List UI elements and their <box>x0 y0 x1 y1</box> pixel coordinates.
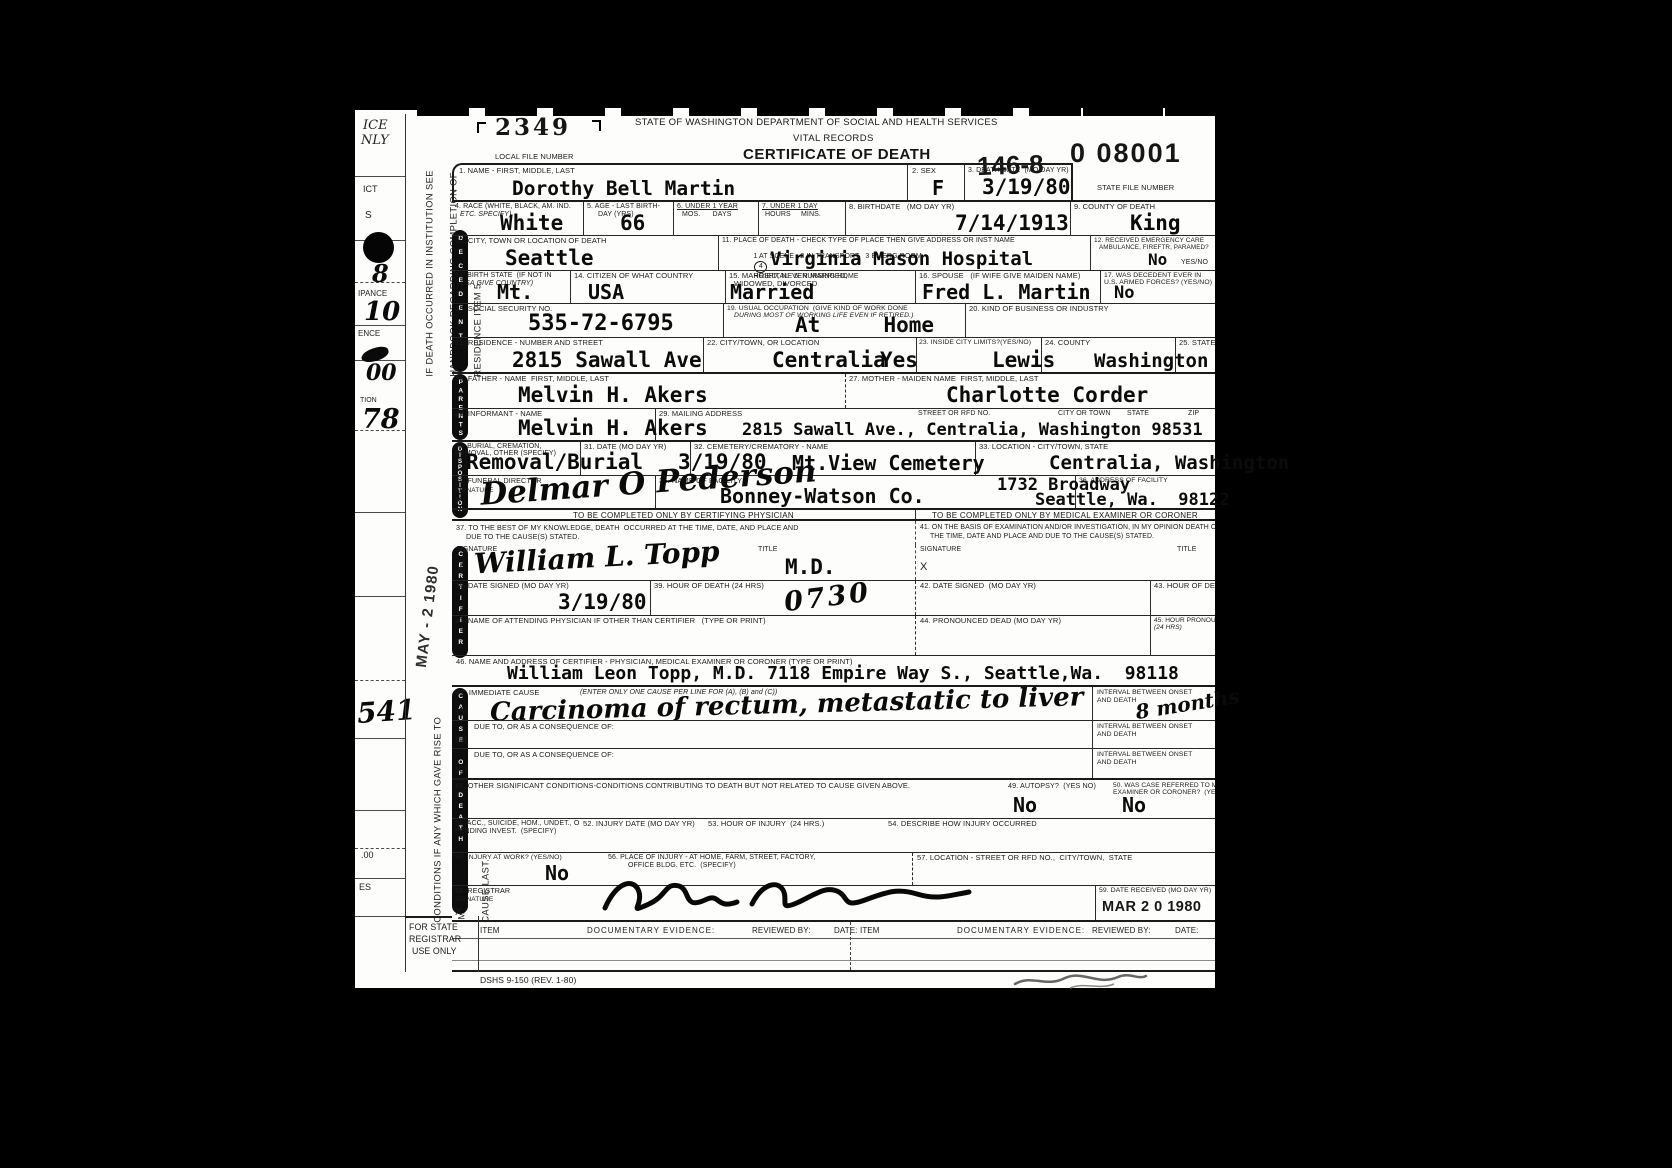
field-label: 5. AGE - LAST BIRTH- <box>587 203 660 211</box>
field-label: 2. SEX <box>912 167 936 176</box>
field-54-how-injury: 54. DESCRIBE HOW INJURY OCCURRED <box>885 819 1215 852</box>
field-45-hour-pronounced: 45. HOUR PRONOUNCED DEAD (24 HRS) <box>1150 616 1215 655</box>
divider <box>355 810 405 811</box>
divider <box>1092 687 1093 720</box>
field-label: 44. PRONOUNCED DEAD (MO DAY YR) <box>920 617 1061 626</box>
table-head-evidence: DOCUMENTARY EVIDENCE: <box>957 926 1085 935</box>
spouse-value: Fred L. Martin <box>922 282 1091 302</box>
field-label: 39. HOUR OF DEATH (24 HRS) <box>654 582 764 591</box>
column-head: STREET OR RFD NO. <box>918 410 990 418</box>
stub-label: ES <box>359 882 371 892</box>
field-label: THE TIME, DATE AND PLACE AND DUE TO THE … <box>930 533 1154 541</box>
local-file-number-label: LOCAL FILE NUMBER <box>495 153 574 162</box>
document-number: 2349 <box>495 114 571 141</box>
table-head-reviewed: REVIEWED BY: <box>1092 926 1151 935</box>
field-49-autopsy: 49. AUTOPSY? (YES NO) No <box>1005 780 1110 818</box>
form-row-injury: 51. ACC., SUICIDE, HOM., UNDET., OR PEND… <box>452 818 1215 852</box>
stub-label: .00 <box>361 850 374 860</box>
field-52-injury-date: 52. INJURY DATE (MO DAY YR) <box>580 819 705 852</box>
facility-name-value: Bonney-Watson Co. <box>720 486 925 506</box>
field-label: 22. CITY/TOWN, OR LOCATION <box>707 339 819 348</box>
for-state-label: FOR STATE <box>409 922 458 932</box>
handwritten-number: 00 <box>366 362 397 384</box>
field-label: 58. REGISTRAR <box>455 887 510 895</box>
physician-band-label: TO BE COMPLETED ONLY BY CERTIFYING PHYSI… <box>452 511 915 520</box>
birthdate-value: 7/14/1913 <box>955 213 1069 234</box>
form-row-date-signed: 38. DATE SIGNED (MO DAY YR) 39. HOUR OF … <box>452 580 1215 615</box>
divider <box>915 545 916 580</box>
table-head-item: ITEM <box>480 926 500 935</box>
date-signed-value: 3/19/80 <box>558 592 647 613</box>
field-label: DUE TO, OR AS A CONSEQUENCE OF: <box>474 723 614 732</box>
field-label: 4. RACE (WHITE, BLACK, AM. IND. <box>455 203 571 211</box>
field-label: 41. ON THE BASIS OF EXAMINATION AND/OR I… <box>920 524 1215 532</box>
note-line: IF DEATH OCCURRED IN INSTITUTION SEE <box>425 170 435 376</box>
signature-label: SIGNATURE <box>920 546 961 554</box>
institution-note: IF DEATH OCCURRED IN INSTITUTION SEE HAN… <box>412 164 448 389</box>
agency-title: STATE OF WASHINGTON DEPARTMENT OF SOCIAL… <box>635 117 998 128</box>
race-value: White <box>500 213 563 234</box>
divider <box>405 916 452 918</box>
field-55-injury-at-work: 55. INJURY AT WORK? (YES/NO) No <box>452 853 580 885</box>
field-label: 21. RESIDENCE - NUMBER AND STREET <box>455 339 603 348</box>
birth-state-value: Mt. <box>497 282 533 302</box>
field-label: 48. OTHER SIGNIFICANT CONDITIONS-CONDITI… <box>455 782 910 791</box>
field-label: 11. PLACE OF DEATH - CHECK TYPE OF PLACE… <box>722 237 1015 245</box>
residence-value: 2815 Sawall Ave <box>512 350 702 371</box>
divider <box>452 938 1215 939</box>
column-head: STATE <box>1127 410 1149 418</box>
date-received-stamp: MAR 2 0 1980 <box>1102 899 1202 915</box>
stub-label: NLY <box>361 133 389 148</box>
divider <box>355 848 405 849</box>
divider <box>355 512 405 513</box>
county-of-death-value: King <box>1130 213 1181 234</box>
form-row-immediate-cause: 47. IMMEDIATE CAUSE (ENTER ONLY ONE CAUS… <box>452 685 1215 720</box>
yes-no-hint: YES/NO <box>1181 259 1208 267</box>
field-label: 54. DESCRIBE HOW INJURY OCCURRED <box>888 820 1037 829</box>
emergency-care-value: No <box>1148 252 1167 268</box>
form-row-name-sex-deathdate: 1. NAME - FIRST, MIDDLE, LAST 2. SEX 3. … <box>452 163 1073 200</box>
form-row-ssn-occupation: 18. SOCIAL SECURITY NO. 19. USUAL OCCUPA… <box>452 303 1215 337</box>
field-51-manner: 51. ACC., SUICIDE, HOM., UNDET., OR PEND… <box>452 819 580 852</box>
disposition-location-value: Centralia, Washington <box>1049 454 1289 473</box>
marital-status-value: Married <box>730 282 814 302</box>
field-48-other-conditions: 48. OTHER SIGNIFICANT CONDITIONS-CONDITI… <box>452 780 1005 818</box>
residence-county-value: Lewis <box>992 350 1055 371</box>
completion-band: TO BE COMPLETED ONLY BY CERTIFYING PHYSI… <box>452 508 1215 521</box>
stub-label: TION <box>360 397 377 404</box>
form-row-certify-statements: 37. TO THE BEST OF MY KNOWLEDGE, DEATH O… <box>452 521 1215 545</box>
received-date-stam p: MAY - 2 1980 <box>413 533 447 668</box>
field-label: 20. KIND OF BUSINESS OR INDUSTRY <box>969 305 1109 314</box>
form-row-cause-b: DUE TO, OR AS A CONSEQUENCE OF: (B) INTE… <box>452 720 1215 748</box>
table-head-item: ITEM <box>860 926 880 935</box>
field-44-pronounced-dead: 44. PRONOUNCED DEAD (MO DAY YR) <box>915 616 1150 655</box>
occupation-value: At Home <box>795 315 934 336</box>
field-label: HOURS MINS. <box>765 211 821 219</box>
corner-mark-right <box>592 120 601 131</box>
field-label: 3. DEATH DATE (MO DAY YR) <box>968 167 1069 175</box>
field-label: 25. STATE <box>1179 339 1215 348</box>
cause-line-a-label: (A) <box>456 706 467 715</box>
divider <box>452 960 1215 961</box>
field-label: 56. PLACE OF INJURY - AT HOME, FARM, STR… <box>608 854 815 862</box>
form-row-registrar: 58. REGISTRAR SIGNATURE X 59. DATE RECEI… <box>452 885 1215 920</box>
handwritten-number: 10 <box>364 299 400 325</box>
mother-name-value: Charlotte Corder <box>946 385 1148 406</box>
cause-line-c-label: (C) <box>456 765 467 774</box>
field-label: 13. BIRTH STATE (IF NOT IN <box>455 272 552 280</box>
city-limits-value: Yes <box>880 350 918 371</box>
form-row-informant: 28. INFORMANT - NAME 29. MAILING ADDRESS… <box>452 408 1215 440</box>
field-7-under-1-day: 7. UNDER 1 DAY HOURS MINS. <box>758 202 845 235</box>
interval-label: AND DEATH <box>1097 697 1137 705</box>
for-state-label: USE ONLY <box>412 946 457 956</box>
mailing-address-value: 2815 Sawall Ave., Centralia, Washington … <box>742 422 1203 439</box>
divider <box>355 738 405 739</box>
stub-label: S <box>365 210 372 221</box>
citizen-value: USA <box>588 282 624 302</box>
form-row-certifier-name: 46. NAME AND ADDRESS OF CERTIFIER - PHYS… <box>452 655 1215 685</box>
state-file-number: 0 08001 <box>1070 138 1182 169</box>
certifier-name-address-value: William Leon Topp, M.D. 7118 Empire Way … <box>507 665 1179 683</box>
signature-x: X <box>920 561 927 574</box>
note-line: CONDITIONS IF ANY WHICH GAVE RISE TO <box>433 717 443 923</box>
field-43-hour-of-death: 43. HOUR OF DEATH (24 HRS) <box>1150 581 1215 615</box>
for-state-label: REGISTRAR <box>409 934 461 944</box>
handwritten-number: 541 <box>356 696 416 728</box>
form-row-race-age-birthdate: 4. RACE (WHITE, BLACK, AM. IND. ETC. SPE… <box>452 200 1215 235</box>
stub-label: ICE <box>363 118 388 133</box>
cause-line-b-label: (B) <box>456 735 467 744</box>
form-row-place-of-death: 10. CITY, TOWN OR LOCATION OF DEATH 11. … <box>452 235 1215 270</box>
divider <box>355 878 405 879</box>
field-53-hour-of-injury: 53. HOUR OF INJURY (24 HRS.) <box>705 819 885 852</box>
form-row-certifier-signature: SIGNATURE X William L. Topp TITLE M.D. S… <box>452 545 1215 580</box>
state-file-number-label: STATE FILE NUMBER <box>1097 184 1174 193</box>
field-label: 53. HOUR OF INJURY (24 HRS.) <box>708 820 824 829</box>
title-value: M.D. <box>785 557 836 578</box>
signature-x: X <box>455 907 462 919</box>
field-59-date-received: 59. DATE RECEIVED (MO DAY YR) MAR 2 0 19… <box>1095 886 1215 920</box>
form-row-residence: 21. RESIDENCE - NUMBER AND STREET 22. CI… <box>452 337 1215 372</box>
injury-at-work-value: No <box>545 863 569 883</box>
form-row-parents: 26. FATHER - NAME FIRST, MIDDLE, LAST 27… <box>452 372 1215 408</box>
divider <box>355 916 405 917</box>
armed-forces-value: No <box>1114 285 1134 302</box>
handwritten-number: 8 <box>372 262 389 286</box>
stub-label: ENCE <box>358 329 380 338</box>
residence-state-value: Washington <box>1094 352 1208 371</box>
corner-mark-left <box>477 122 486 133</box>
handwritten-number: 78 <box>362 406 400 433</box>
form-row-other-conditions: 48. OTHER SIGNIFICANT CONDITIONS-CONDITI… <box>452 778 1215 818</box>
form-row-birthstate-spouse: 13. BIRTH STATE (IF NOT IN USA GIVE COUN… <box>452 270 1215 303</box>
field-label: 43. HOUR OF DEATH (24 HRS) <box>1154 582 1215 591</box>
stub-label: ICT <box>363 184 378 194</box>
form-row-cause-c: DUE TO, OR AS A CONSEQUENCE OF: (C) INTE… <box>452 748 1215 778</box>
field-6-under-1-year: 6. UNDER 1 YEAR MOS. DAYS <box>673 202 758 235</box>
residence-city-value: Centralia <box>772 350 886 371</box>
divider <box>915 521 916 545</box>
interval-label: AND DEATH <box>1097 731 1137 739</box>
ink-smudge <box>1010 968 1150 994</box>
table-head-reviewed: REVIEWED BY: <box>752 926 811 935</box>
field-label: (24 HRS) <box>1154 624 1182 631</box>
father-name-value: Melvin H. Akers <box>518 385 708 406</box>
field-label: 40. NAME OF ATTENDING PHYSICIAN IF OTHER… <box>455 617 766 626</box>
field-39-hour-of-death: 39. HOUR OF DEATH (24 HRS) <box>650 581 915 615</box>
column-head: ZIP <box>1188 410 1199 418</box>
field-20-industry: 20. KIND OF BUSINESS OR INDUSTRY <box>965 304 1215 337</box>
field-label: 7. UNDER 1 DAY <box>762 203 818 211</box>
autopsy-value: No <box>1013 795 1037 815</box>
field-40-attending-physician: 40. NAME OF ATTENDING PHYSICIAN IF OTHER… <box>452 616 915 655</box>
film-edge-block <box>1083 104 1163 116</box>
field-label: 42. DATE SIGNED (MO DAY YR) <box>920 582 1036 591</box>
field-label: 57. LOCATION - STREET OR RFD NO., CITY/T… <box>917 854 1132 863</box>
divider <box>355 680 405 681</box>
city-of-death-value: Seattle <box>505 248 594 269</box>
review-table: ITEM DOCUMENTARY EVIDENCE: REVIEWED BY: … <box>452 920 1215 972</box>
title-label: TITLE <box>758 546 778 554</box>
field-label: 8. BIRTHDATE (MO DAY YR) <box>849 203 954 212</box>
decedent-name-value: Dorothy Bell Martin <box>512 179 735 199</box>
table-head-date: DATE: <box>1175 926 1198 935</box>
interval-label: INTERVAL BETWEEN ONSET <box>1097 751 1192 759</box>
field-label: 51. ACC., SUICIDE, HOM., UNDET., OR <box>455 820 580 828</box>
ssn-value: 535-72-6795 <box>528 313 674 335</box>
divider <box>478 916 479 972</box>
sex-value: F <box>932 178 944 198</box>
field-label: 38. DATE SIGNED (MO DAY YR) <box>455 582 569 591</box>
divider <box>1092 749 1093 778</box>
field-42-date-signed: 42. DATE SIGNED (MO DAY YR) <box>915 581 1150 615</box>
field-label: SIGNATURE <box>455 896 493 903</box>
field-label: DUE TO THE CAUSE(S) STATED. <box>466 533 579 541</box>
stub-divider-line <box>405 114 406 972</box>
field-label: 33. LOCATION - CITY/TOWN, STATE <box>979 443 1108 452</box>
form-row-attending-physician: 40. NAME OF ATTENDING PHYSICIAN IF OTHER… <box>452 615 1215 655</box>
divider <box>1092 721 1093 748</box>
field-label: MOS. DAYS <box>682 211 732 219</box>
signature-x: X <box>455 496 462 508</box>
facility-city-value: Seattle, Wa. 98122 <box>1035 492 1229 509</box>
registrar-signature <box>587 870 1017 920</box>
field-label: DUE TO, OR AS A CONSEQUENCE OF: <box>474 751 614 760</box>
cemetery-value: Mt.View Cemetery <box>792 453 985 473</box>
interval-label: INTERVAL BETWEEN ONSET <box>1097 723 1192 731</box>
death-certificate-document: ICE NLY ICT S 8 IPANCE 10 ENCE 00 TION 7… <box>355 110 1215 988</box>
form-row-funeral-director: 34. FUNERAL DIRECTOR SIGNATURE X 35. NAM… <box>452 475 1215 508</box>
referred-value: No <box>1122 795 1146 815</box>
scan-background: { "header": { "doc_num": "2349", "dept":… <box>0 0 1672 1168</box>
table-head-evidence: DOCUMENTARY EVIDENCE: <box>587 926 715 935</box>
left-stub-column: ICE NLY ICT S 8 IPANCE 10 ENCE 00 TION 7… <box>355 110 405 988</box>
field-label: 24. COUNTY <box>1045 339 1090 348</box>
field-label: 23. INSIDE CITY LIMITS?(YES/NO) <box>919 339 1031 347</box>
signature-x: X <box>456 563 463 576</box>
conditions-note: CONDITIONS IF ANY WHICH GAVE RISE TO IMM… <box>420 690 456 935</box>
place-of-death-value: Virginia Mason Hospital <box>770 250 1033 269</box>
field-50-referred: 50. WAS CASE REFERRED TO MEDICAL EXAMINE… <box>1110 780 1215 818</box>
field-label: 59. DATE RECEIVED (MO DAY YR) <box>1099 887 1211 895</box>
age-value: 66 <box>620 213 645 234</box>
examiner-band-label: TO BE COMPLETED ONLY BY MEDICAL EXAMINER… <box>915 511 1215 520</box>
death-date-value: 3/19/80 <box>982 177 1071 198</box>
field-label: 49. AUTOPSY? (YES NO) <box>1008 782 1096 790</box>
divider <box>355 176 405 177</box>
field-label: PENDING INVEST. (SPECIFY) <box>455 828 556 836</box>
divider <box>355 596 405 597</box>
informant-name-value: Melvin H. Akers <box>518 418 708 439</box>
page-title: CERTIFICATE OF DEATH <box>743 146 931 163</box>
vital-records-label: VITAL RECORDS <box>793 133 874 144</box>
divider <box>850 922 851 970</box>
table-head-date: DATE: <box>834 926 857 935</box>
field-label: 52. INJURY DATE (MO DAY YR) <box>583 820 695 829</box>
field-label: OFFICE BLDG. ETC. (SPECIFY) <box>628 862 736 870</box>
column-head: CITY OR TOWN <box>1058 410 1111 418</box>
field-label: 1. NAME - FIRST, MIDDLE, LAST <box>459 167 575 176</box>
form-id: DSHS 9-150 (REV. 1-80) <box>480 976 576 986</box>
title-label: TITLE <box>1177 546 1197 554</box>
field-label: 6. UNDER 1 YEAR <box>677 203 738 211</box>
field-label: 10. CITY, TOWN OR LOCATION OF DEATH <box>455 237 607 246</box>
interval-label: AND DEATH <box>1097 759 1137 767</box>
